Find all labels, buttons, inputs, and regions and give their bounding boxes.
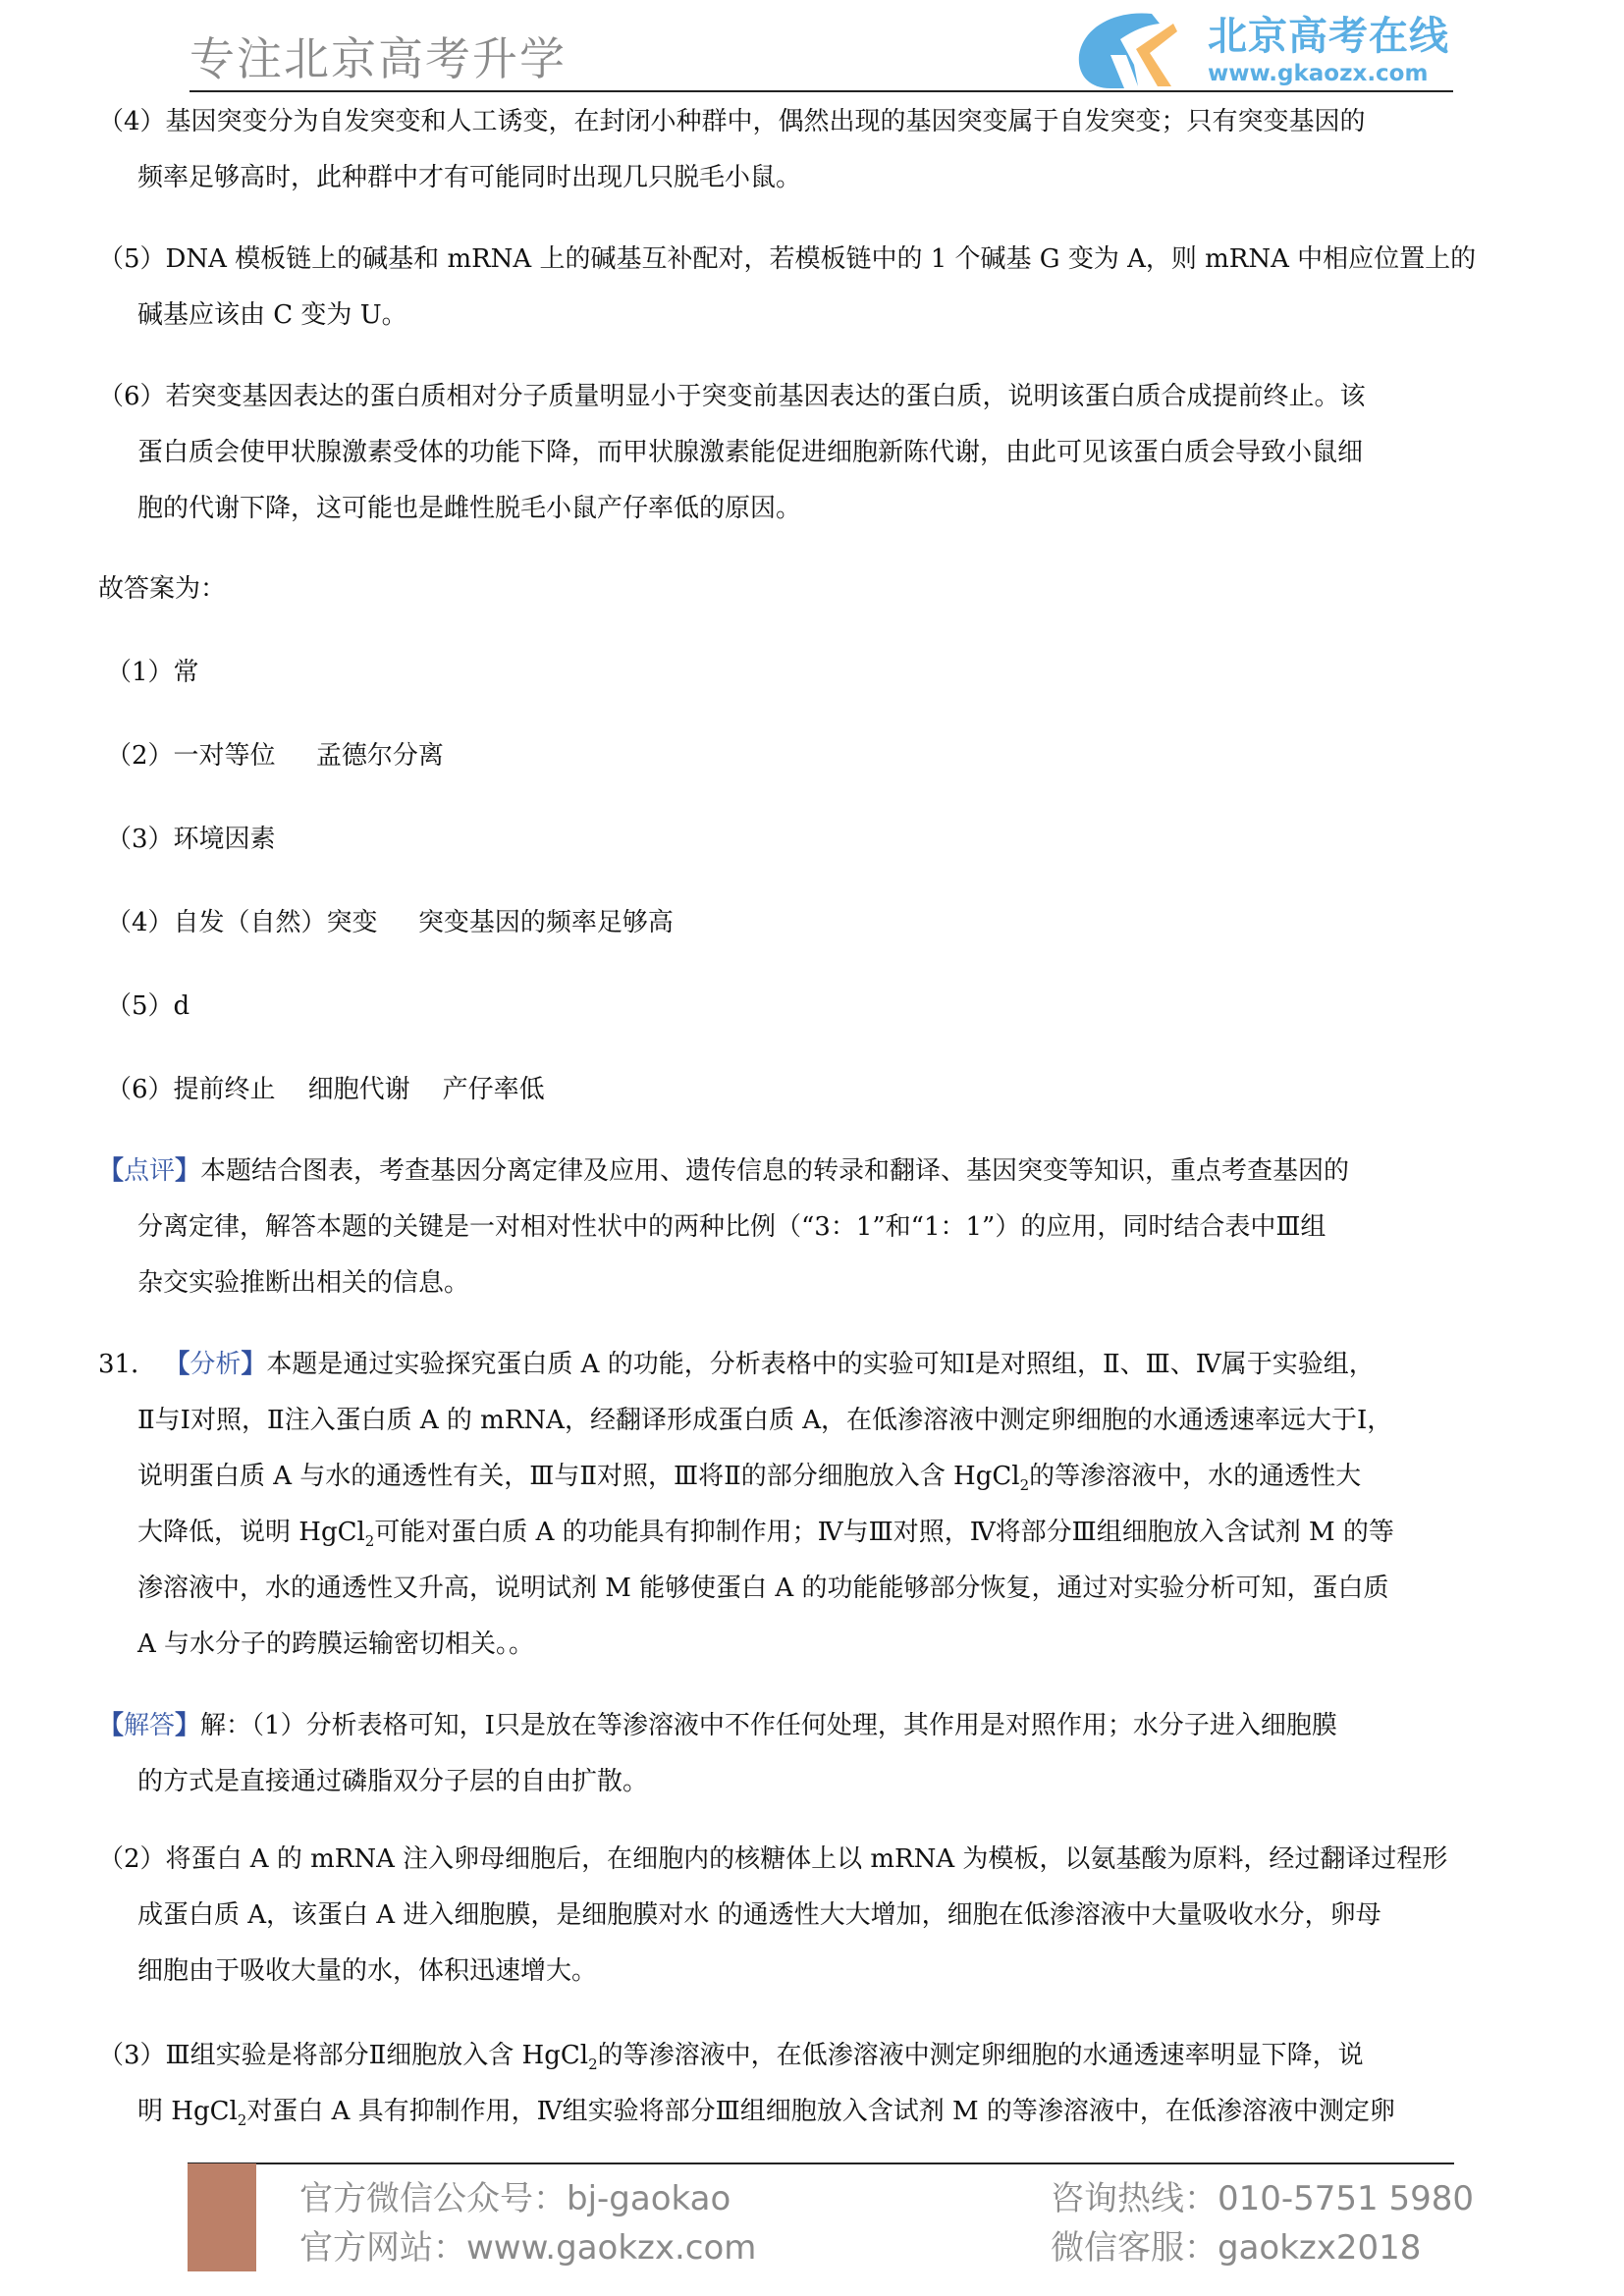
analysis-item-6: （6）若突变基因表达的蛋白质相对分子质量明显小于突变前基因表达的蛋白质，说明该蛋… — [98, 369, 1522, 537]
analysis-item-5: （5）DNA 模板链上的碱基和 mRNA 上的碱基互补配对，若模板链中的 1 个… — [98, 232, 1522, 344]
footer-wechat-official: 官方微信公众号：bj-gaokao — [299, 2175, 731, 2222]
q31-solution-2: （2）将蛋白 A 的 mRNA 注入卵母细胞后，在细胞内的核糖体上以 mRNA … — [98, 1832, 1522, 2000]
logo-title: 北京高考在线 — [1208, 14, 1449, 59]
footer-divider — [188, 2163, 1454, 2164]
answer-item-4: （4）自发（自然）突变 突变基因的频率足够高 — [106, 903, 674, 942]
footer-accent-block — [188, 2163, 256, 2271]
answers-intro: 故答案为： — [98, 569, 226, 609]
q31-solution-3: （3）Ⅲ组实验是将部分Ⅱ细胞放入含 HgCl2的等渗溶液中，在低渗溶液中测定卵细… — [98, 2028, 1522, 2140]
footer-hotline: 咨询热线：010-5751 5980 — [1051, 2175, 1474, 2222]
header-slogan: 专注北京高考升学 — [189, 29, 567, 88]
logo-url: www.gkaozx.com — [1208, 61, 1428, 86]
solution-label: 【解答】 — [98, 1711, 200, 1740]
comment-section: 【点评】本题结合图表，考查基因分离定律及应用、遗传信息的转录和翻译、基因突变等知… — [98, 1144, 1522, 1311]
answer-item-5: （5）d — [106, 987, 189, 1026]
gk-logo-icon — [1075, 10, 1183, 90]
q31-solution-1: 【解答】解：（1）分析表格可知，Ⅰ只是放在等渗溶液中不作任何处理，其作用是对照作… — [98, 1698, 1522, 1810]
site-logo[interactable]: 北京高考在线 www.gkaozx.com — [1075, 10, 1468, 90]
analysis-label: 【分析】 — [164, 1350, 266, 1379]
analysis-item-4: （4）基因突变分为自发突变和人工诱变，在封闭小种群中，偶然出现的基因突变属于自发… — [98, 94, 1522, 206]
comment-label: 【点评】 — [98, 1156, 200, 1186]
q31-analysis: 31． 【分析】本题是通过实验探究蛋白质 A 的功能，分析表格中的实验可知Ⅰ是对… — [98, 1337, 1522, 1673]
answer-item-1: （1）常 — [106, 653, 199, 692]
answer-item-2: （2）一对等位 孟德尔分离 — [106, 736, 444, 775]
question-number: 31． — [98, 1350, 156, 1379]
answer-item-3: （3）环境因素 — [106, 820, 276, 859]
answer-item-6: （6）提前终止 细胞代谢 产仔率低 — [106, 1070, 545, 1109]
footer-wechat-service: 微信客服：gaokzx2018 — [1051, 2224, 1421, 2271]
footer-website-link[interactable]: 官方网站：www.gaokzx.com — [299, 2224, 756, 2271]
header-divider — [189, 90, 1453, 92]
